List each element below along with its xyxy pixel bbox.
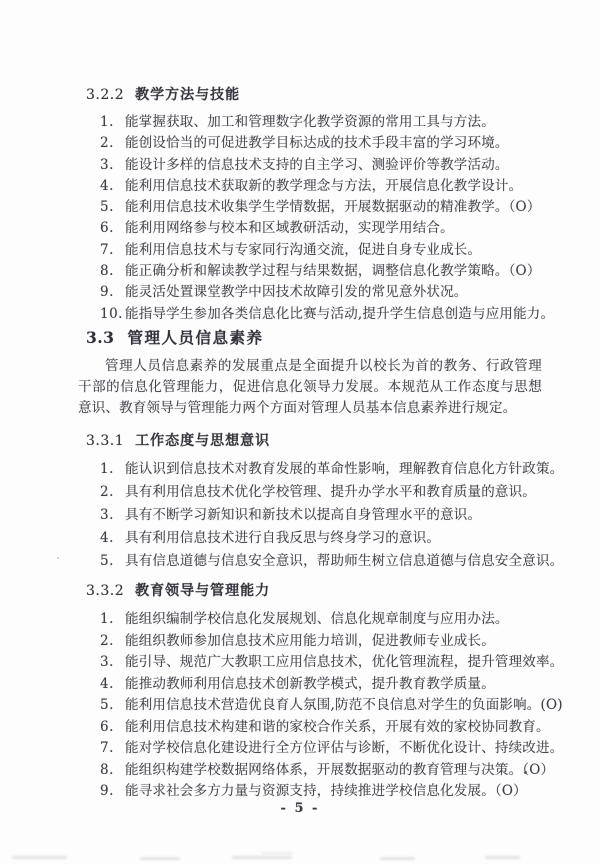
item-text: 能指导学生参加各类信息化比赛与活动,提升学生信息创造与应用能力。 (125, 304, 554, 325)
item-text: 能正确分析和解读教学过程与结果数据，调整信息化教学策略。（O） (125, 261, 541, 282)
item-number: 4. (100, 674, 125, 696)
list-item: 2.具有利用信息技术优化学校管理、提升办学水平和教育质量的意识。 (100, 481, 560, 504)
list-item: 1.能组织编制学校信息化发展规划、信息化规章制度与应用办法。 (100, 609, 560, 631)
list-item: 5.能利用信息技术营造优良育人氛围,防范不良信息对学生的负面影响。(O) (100, 695, 560, 717)
scan-artifact-smudge (380, 857, 415, 860)
item-number: 5. (100, 197, 125, 218)
item-text: 能灵活处置课堂教学中因技术故障引发的常见意外状况。 (125, 282, 468, 303)
list-item: 6.能利用网络参与校本和区域教研活动，实现学用结合。 (100, 218, 560, 239)
item-text: 能认识到信息技术对教育发展的革命性影响，理解教育信息化方针政策。 (125, 458, 563, 481)
item-text: 具有利用信息技术进行自我反思与终身学习的意识。 (125, 527, 440, 550)
item-number: 5. (100, 550, 125, 573)
item-text: 能利用信息技术构建和谐的家校合作关系，开展有效的家校协同教育。 (125, 717, 550, 739)
item-text: 能对学校信息化建设进行全方位评估与诊断，不断优化设计、持续改进。 (125, 738, 563, 760)
list-item: 3.能引导、规范广大教职工应用信息技术，优化管理流程，提升管理效率。 (100, 652, 560, 674)
scan-artifact-smudge (232, 856, 292, 859)
list-item: 4.能利用信息技术获取新的教学理念与方法，开展信息化教学设计。 (100, 176, 560, 197)
item-text: 能创设恰当的可促进教学目标达成的技术手段丰富的学习环境。 (125, 133, 509, 154)
list-item: 1.能认识到信息技术对教育发展的革命性影响，理解教育信息化方针政策。 (100, 458, 560, 481)
item-number: 2. (100, 133, 125, 154)
item-number: 1. (100, 112, 125, 133)
section-heading-3-3-1: 3.3.1工作态度与思想意识 (86, 430, 270, 450)
item-text: 能组织教师参加信息技术应用能力培训，促进教师专业成长。 (125, 631, 495, 653)
scan-artifact-smudge (262, 852, 292, 855)
item-number: 1. (100, 609, 125, 631)
item-number: 5. (100, 695, 125, 717)
item-number: 6. (100, 717, 125, 739)
list-item: 3.具有不断学习新知识和新技术以提高自身管理水平的意识。 (100, 504, 560, 527)
item-text: 能组织构建学校数据网络体系，开展数据驱动的教育管理与决策。（O） (125, 760, 554, 782)
list-item: 3.能设计多样的信息技术支持的自主学习、测验评价等教学活动。 (100, 155, 560, 176)
item-number: 3. (100, 652, 125, 674)
section-number: 3.2.2 (86, 87, 124, 103)
list-3-3-2: 1.能组织编制学校信息化发展规划、信息化规章制度与应用办法。 2.能组织教师参加… (100, 609, 560, 803)
item-text: 具有利用信息技术优化学校管理、提升办学水平和教育质量的意识。 (125, 481, 536, 504)
item-text: 能利用网络参与校本和区域教研活动，实现学用结合。 (125, 218, 454, 239)
list-item: 7.能利用信息技术与专家同行沟通交流，促进自身专业成长。 (100, 240, 560, 261)
section-title: 工作态度与思想意识 (135, 433, 270, 449)
list-3-2-2: 1.能掌握获取、加工和管理数字化教学资源的常用工具与方法。 2.能创设恰当的可促… (100, 112, 560, 325)
list-item: 10.能指导学生参加各类信息化比赛与活动,提升学生信息创造与应用能力。 (100, 304, 560, 325)
list-item: 5.能利用信息技术收集学生学情数据，开展数据驱动的精准教学。（O） (100, 197, 560, 218)
item-number: 10. (100, 304, 125, 325)
page-number: - 5 - (0, 801, 600, 816)
scan-artifact-dot (524, 771, 527, 774)
list-3-3-1: 1.能认识到信息技术对教育发展的革命性影响，理解教育信息化方针政策。 2.具有利… (100, 458, 560, 573)
item-number: 3. (100, 504, 125, 527)
item-text: 能利用信息技术收集学生学情数据，开展数据驱动的精准教学。（O） (125, 197, 541, 218)
item-text: 能寻求社会多方力量与资源支持，持续推进学校信息化发展。（O） (125, 781, 527, 803)
list-item: 4.具有利用信息技术进行自我反思与终身学习的意识。 (100, 527, 560, 550)
item-text: 具有信息道德与信息安全意识，帮助师生树立信息道德与信息安全意识。 (125, 550, 563, 573)
scan-artifact-smudge (12, 856, 67, 859)
section-number: 3.3.1 (86, 433, 124, 449)
section-title: 教育领导与管理能力 (135, 583, 270, 599)
item-text: 能掌握获取、加工和管理数字化教学资源的常用工具与方法。 (125, 112, 495, 133)
item-text: 能设计多样的信息技术支持的自主学习、测验评价等教学活动。 (125, 155, 509, 176)
item-number: 8. (100, 760, 125, 782)
item-text: 能利用信息技术营造优良育人氛围,防范不良信息对学生的负面影响。(O) (125, 695, 563, 717)
item-number: 7. (100, 738, 125, 760)
section-paragraph: 管理人员信息素养的发展重点是全面提升以校长为首的教务、行政管理干部的信息化管理能… (78, 356, 542, 419)
section-number: 3.3 (86, 328, 114, 347)
section-number: 3.3.2 (86, 583, 124, 599)
item-text: 能引导、规范广大教职工应用信息技术，优化管理流程，提升管理效率。 (125, 652, 563, 674)
item-number: 4. (100, 527, 125, 550)
section-title: 管理人员信息素养 (127, 328, 263, 347)
list-item: 6.能利用信息技术构建和谐的家校合作关系，开展有效的家校协同教育。 (100, 717, 560, 739)
item-text: 具有不断学习新知识和新技术以提高自身管理水平的意识。 (125, 504, 481, 527)
list-item: 2.能创设恰当的可促进教学目标达成的技术手段丰富的学习环境。 (100, 133, 560, 154)
item-number: 1. (100, 458, 125, 481)
item-number: 7. (100, 240, 125, 261)
list-item: 5.具有信息道德与信息安全意识，帮助师生树立信息道德与信息安全意识。 (100, 550, 560, 573)
item-number: 3. (100, 155, 125, 176)
section-heading-3-2-2: 3.2.2教学方法与技能 (86, 84, 240, 104)
item-number: 9. (100, 781, 125, 803)
item-number: 4. (100, 176, 125, 197)
item-text: 能利用信息技术与专家同行沟通交流，促进自身专业成长。 (125, 240, 481, 261)
item-number: 6. (100, 218, 125, 239)
section-heading-3-3: 3.3管理人员信息素养 (86, 326, 263, 348)
scan-artifact-dot (57, 557, 59, 559)
list-item: 9.能灵活处置课堂教学中因技术故障引发的常见意外状况。 (100, 282, 560, 303)
item-text: 能利用信息技术获取新的教学理念与方法，开展信息化教学设计。 (125, 176, 522, 197)
document-page: 3.2.2教学方法与技能 1.能掌握获取、加工和管理数字化教学资源的常用工具与方… (0, 0, 600, 864)
list-item: 7.能对学校信息化建设进行全方位评估与诊断，不断优化设计、持续改进。 (100, 738, 560, 760)
list-item: 9.能寻求社会多方力量与资源支持，持续推进学校信息化发展。（O） (100, 781, 560, 803)
list-item: 8.能组织构建学校数据网络体系，开展数据驱动的教育管理与决策。（O） (100, 760, 560, 782)
item-text: 能推动教师利用信息技术创新教学模式，提升教育教学质量。 (125, 674, 495, 696)
list-item: 1.能掌握获取、加工和管理数字化教学资源的常用工具与方法。 (100, 112, 560, 133)
item-number: 8. (100, 261, 125, 282)
item-number: 2. (100, 481, 125, 504)
list-item: 2.能组织教师参加信息技术应用能力培训，促进教师专业成长。 (100, 631, 560, 653)
item-number: 2. (100, 631, 125, 653)
list-item: 4.能推动教师利用信息技术创新教学模式，提升教育教学质量。 (100, 674, 560, 696)
section-heading-3-3-2: 3.3.2教育领导与管理能力 (86, 580, 270, 600)
scan-artifact-smudge (140, 857, 180, 860)
item-text: 能组织编制学校信息化发展规划、信息化规章制度与应用办法。 (125, 609, 509, 631)
list-item: 8.能正确分析和解读教学过程与结果数据，调整信息化教学策略。（O） (100, 261, 560, 282)
scan-artifact-smudge (485, 856, 520, 859)
section-title: 教学方法与技能 (135, 87, 240, 103)
item-number: 9. (100, 282, 125, 303)
